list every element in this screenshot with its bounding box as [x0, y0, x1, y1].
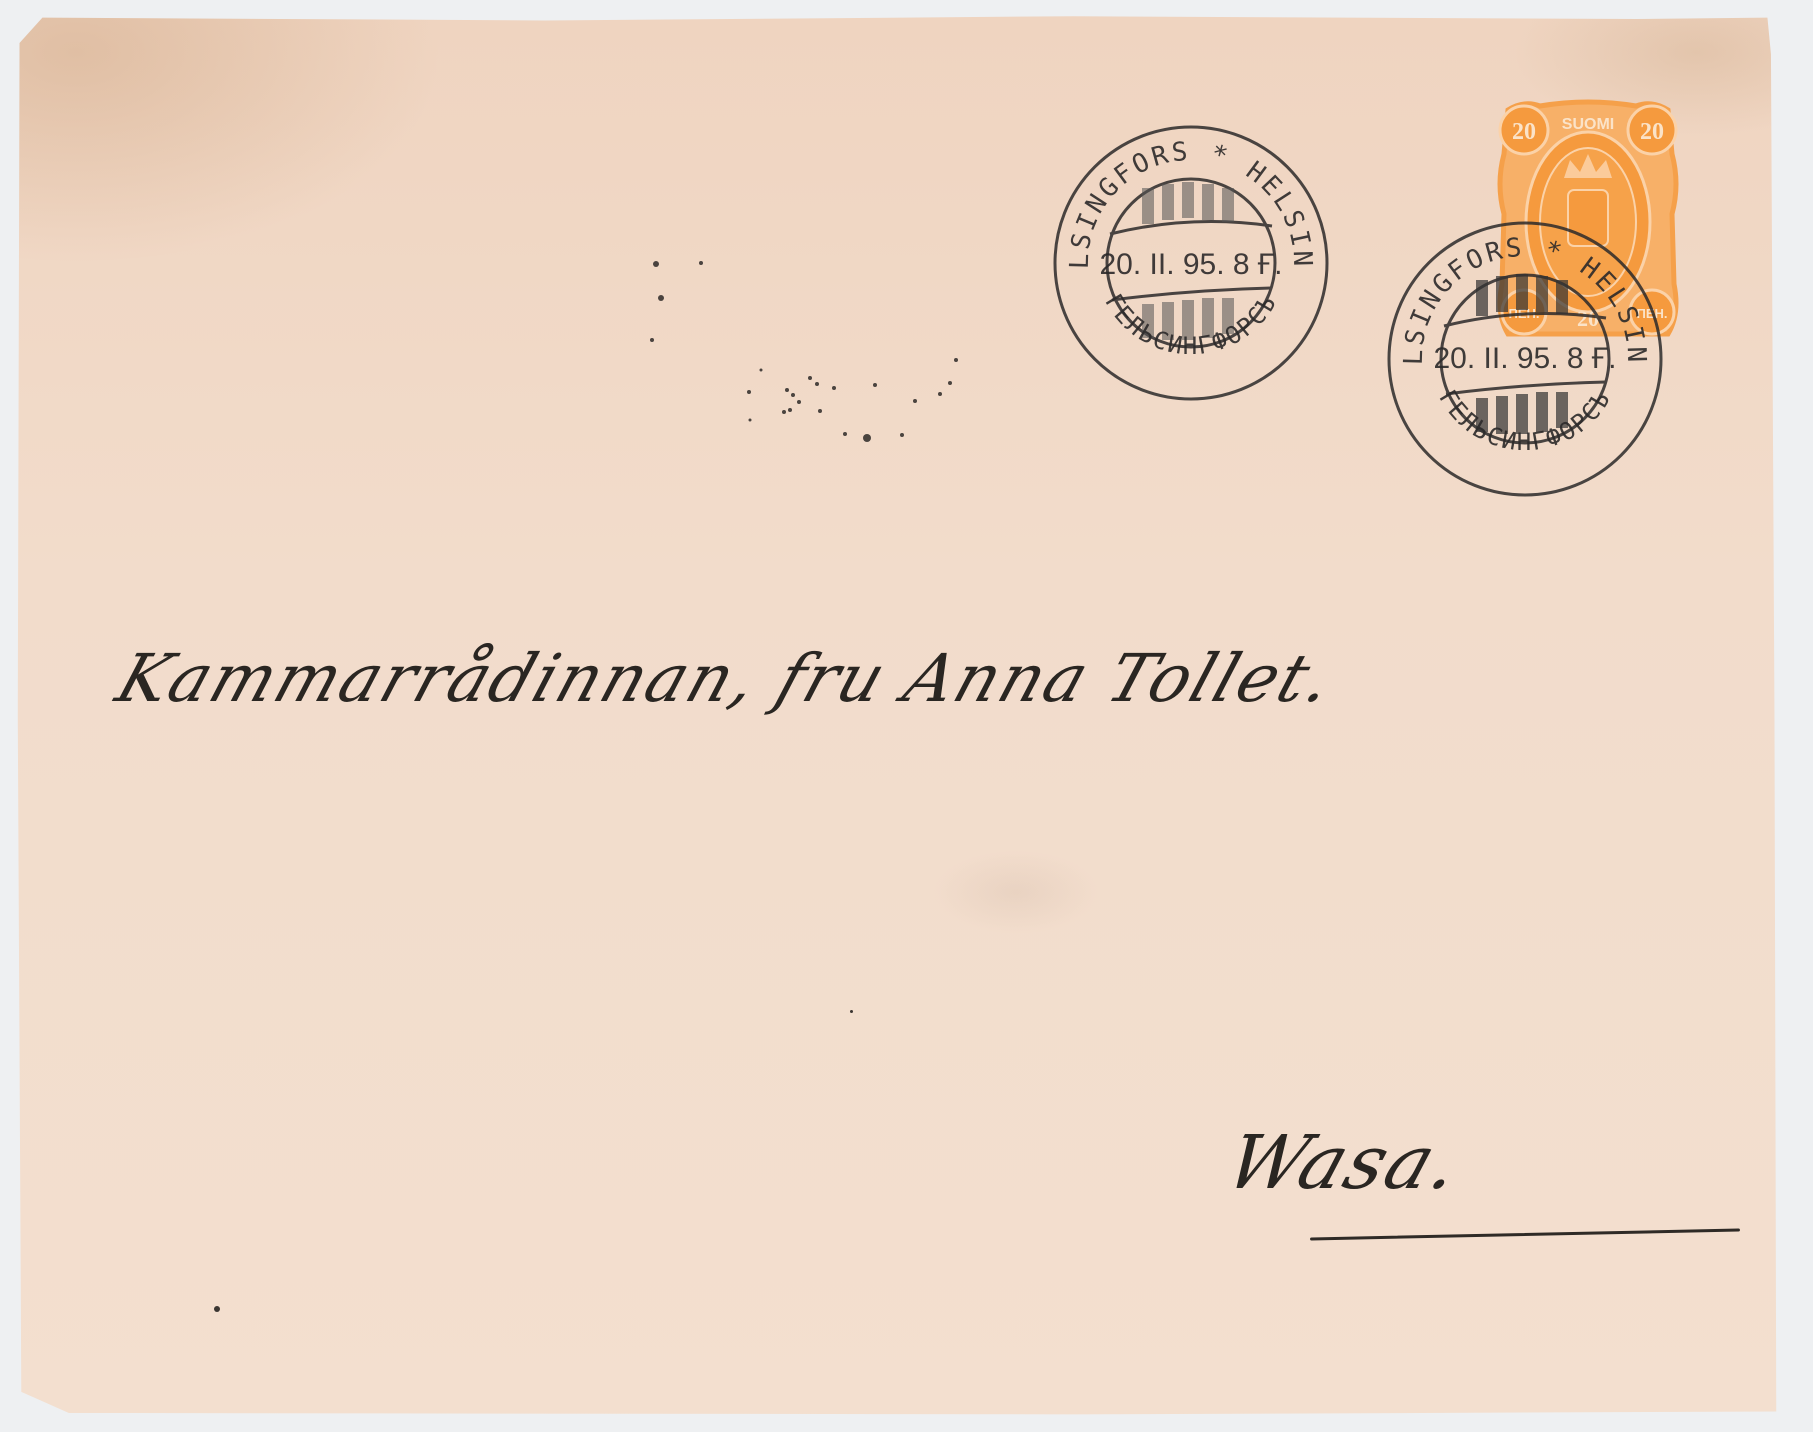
ink-speck — [214, 1306, 220, 1312]
stamp-value-top-left: 20 — [1512, 119, 1536, 145]
postmark-helsinki-1: HELSINGFORS * HELSINKI ГЕЛЬСИНГФОРСЪ 20.… — [1050, 122, 1332, 404]
postmark-helsinki-2: HELSINGFORS * HELSINKI ГЕЛЬСИНГФОРСЪ 20.… — [1384, 218, 1666, 500]
address-recipient: Kammarrådinnan, fru Anna Tollet. — [107, 640, 1344, 717]
address-city: Wasa. — [1216, 1120, 1473, 1206]
stamp-country: SUOMI — [1562, 116, 1614, 133]
postmark-2-date: 20. II. 95. 8 Ғ. — [1433, 342, 1616, 375]
offset-backstamp — [600, 220, 960, 480]
stamp-value-top-right: 20 — [1640, 119, 1664, 145]
postmark-1-date: 20. II. 95. 8 Ғ. — [1099, 248, 1282, 281]
ink-speck — [850, 1010, 853, 1013]
